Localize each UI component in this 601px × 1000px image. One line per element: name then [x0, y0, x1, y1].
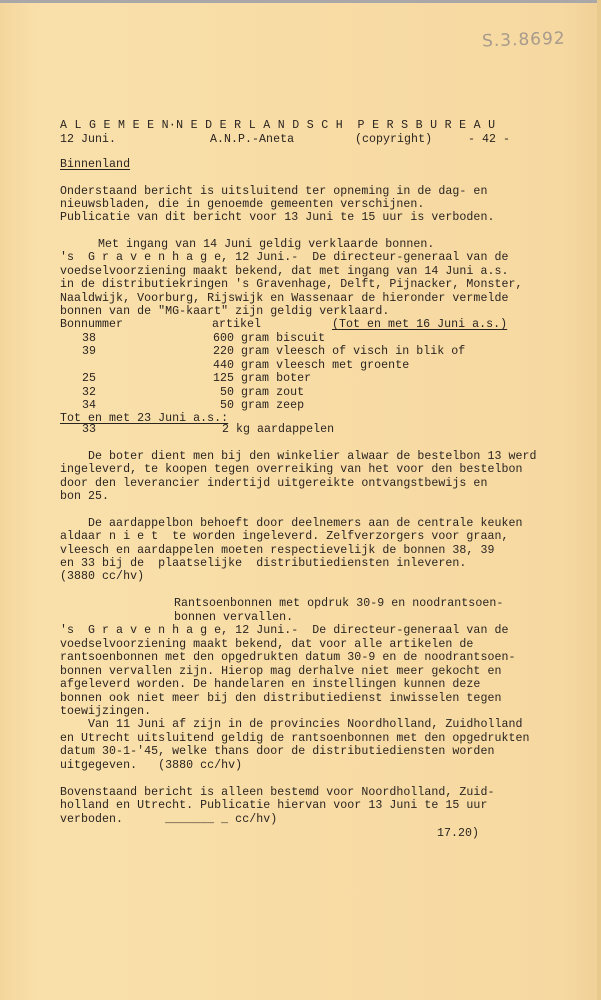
- header-service: A.N.P.-Aneta: [210, 133, 294, 146]
- agency-header: A L G E M E E N·N E D E R L A N D S C H …: [60, 119, 495, 132]
- document-page: S.3.8692 A L G E M E E N·N E D E R L A N…: [0, 0, 601, 1000]
- embargo-line: Onderstaand bericht is uitsluitend ter o…: [60, 185, 487, 198]
- article2-headline: bonnen vervallen.: [174, 611, 293, 624]
- closing-line: holland en Utrecht. Publicatie hiervan v…: [60, 799, 487, 812]
- article1-para3-line: (3880 cc/hv): [60, 570, 144, 583]
- article1-para3-line: en 33 bij de plaatselijke distributiedie…: [60, 557, 466, 570]
- closing-time: 17.20): [437, 827, 479, 840]
- table-row-artikel: 2 kg aardappelen: [222, 423, 334, 436]
- article1-headline: Met ingang van 14 Juni geldig verklaarde…: [98, 238, 434, 251]
- table-row-artikel: 600 gram biscuit: [213, 332, 325, 345]
- column-header-artikel: artikel: [212, 318, 261, 331]
- article1-body-line: Naaldwijk, Voorburg, Rijswijk en Wassena…: [60, 292, 508, 305]
- closing-line: Bovenstaand bericht is alleen bestemd vo…: [60, 786, 494, 799]
- article1-para2-line: door den leverancier indertijd uitgereik…: [60, 477, 487, 490]
- article2-body-line: en Utrecht uitsluitend geldig de rantsoe…: [60, 732, 530, 745]
- article2-body-line: bonnen vervallen zijn. Hierop mag derhal…: [60, 665, 501, 678]
- table-row-artikel: 50 gram zeep: [213, 399, 304, 412]
- scan-right-edge: [597, 0, 601, 1000]
- article2-body-line: voedselvoorziening maakt bekend, dat voo…: [60, 638, 473, 651]
- table-row-artikel: 50 gram zout: [213, 386, 304, 399]
- section-title: Binnenland: [60, 158, 130, 171]
- article1-para3-line: aldaar n i e t te worden ingeleverd. Zel…: [60, 530, 508, 543]
- article1-body-line: voedselvoorziening maakt bekend, dat met…: [60, 265, 508, 278]
- article2-body-line: datum 30-1-'45, welke thans door de dist…: [60, 745, 494, 758]
- table-row-bon: 39: [82, 345, 96, 358]
- column-header-bonnummer: Bonnummer: [60, 318, 123, 331]
- article2-body-line: 's G r a v e n h a g e, 12 Juni.- De dir…: [60, 624, 508, 637]
- period-until-16-juni: (Tot en met 16 Juni a.s.): [332, 318, 507, 331]
- table-row-artikel: 125 gram boter: [213, 372, 311, 385]
- table-row-bon: 25: [82, 372, 96, 385]
- table-row-bon: 38: [82, 332, 96, 345]
- table-row-artikel: 440 gram vleesch met groente: [213, 359, 409, 372]
- table-row-bon: 34: [82, 399, 96, 412]
- article1-para3-line: De aardappelbon behoeft door deelnemers …: [60, 517, 523, 530]
- header-date: 12 Juni.: [60, 133, 116, 146]
- embargo-line: nieuwsbladen, die in genoemde gemeenten …: [60, 198, 424, 211]
- header-page-number: - 42 -: [468, 133, 510, 146]
- header-copyright: (copyright): [355, 133, 432, 146]
- table-row-artikel: 220 gram vleesch of visch in blik of: [213, 345, 465, 358]
- embargo-line: Publicatie van dit bericht voor 13 Juni …: [60, 211, 494, 224]
- article1-body-line: in de distributiekringen 's Gravenhage, …: [60, 278, 523, 291]
- article1-para2-line: De boter dient men bij den winkelier alw…: [60, 450, 537, 463]
- article1-para2-line: bon 25.: [60, 490, 109, 503]
- scan-top-edge: [0, 0, 601, 3]
- archive-number: S.3.8692: [482, 29, 566, 52]
- article2-body-line: toewijzingen.: [60, 705, 151, 718]
- article2-body-line: afgeleverd worden. De handelaren en inst…: [60, 678, 480, 691]
- article2-body-line: bonnen ook niet meer bij den distributie…: [60, 692, 501, 705]
- article2-body-line: rantsoenbonnen met den opgedrukten datum…: [60, 651, 515, 664]
- table-row-bon: 33: [82, 423, 96, 436]
- article1-body-line: 's G r a v e n h a g e, 12 Juni.- De dir…: [60, 251, 508, 264]
- closing-line: verboden. _______ _ cc/hv): [60, 813, 277, 826]
- article1-para2-line: ingeleverd, te koopen tegen overreiking …: [60, 463, 523, 476]
- article1-body-line: bonnen van de "MG-kaart" zijn geldig ver…: [60, 305, 389, 318]
- article1-para3-line: vleesch en aardappelen moeten respectiev…: [60, 544, 494, 557]
- table-row-bon: 32: [82, 386, 96, 399]
- article2-body-line: uitgegeven. (3880 cc/hv): [60, 759, 242, 772]
- article2-headline: Rantsoenbonnen met opdruk 30-9 en noodra…: [174, 597, 503, 610]
- article2-body-line: Van 11 Juni af zijn in de provincies Noo…: [60, 718, 523, 731]
